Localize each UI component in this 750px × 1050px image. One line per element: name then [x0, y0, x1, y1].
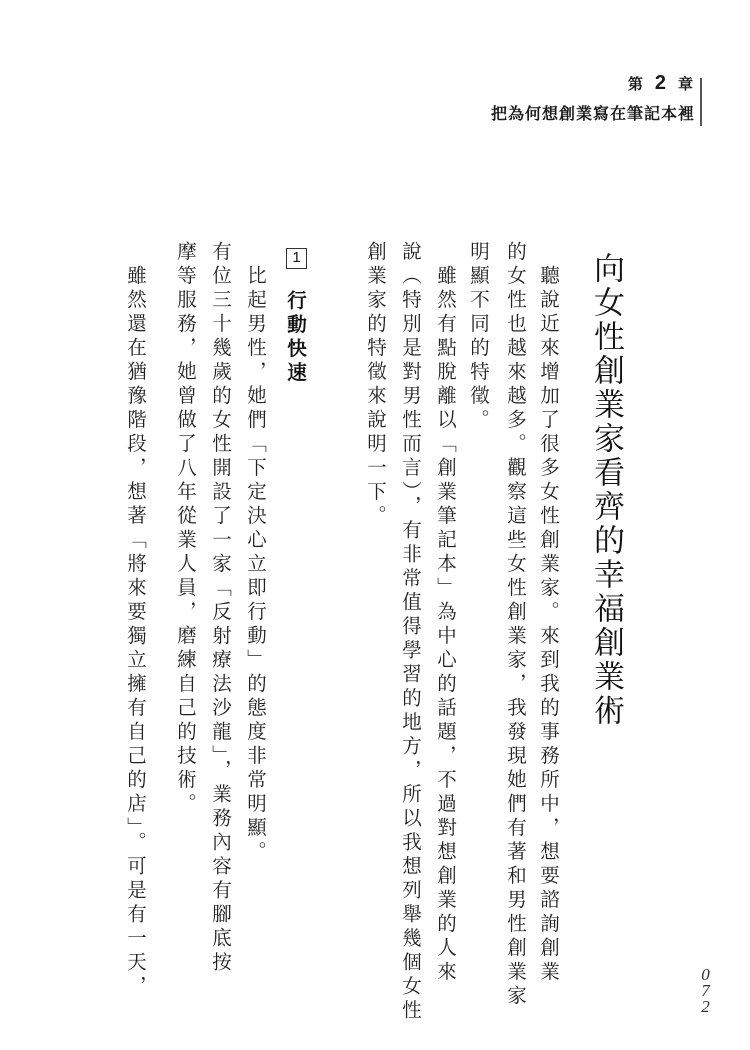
body-column: 雖然還在猶豫階段，想著「將來要獨立擁有自己的店」。可是有一天，: [123, 241, 147, 999]
page-number: 072: [697, 965, 714, 1013]
chapter-number: 2: [655, 72, 668, 94]
body-column: 雖然有點脫離以「創業筆記本」為中心的話題，不過對想創業的人來: [433, 241, 457, 985]
body-column: 摩等服務，她曾做了八年從業人員，磨練自己的技術。: [173, 241, 197, 817]
body-column: 聽說近來增加了很多女性創業家。來到我的事務所中，想要諮詢創業: [536, 241, 560, 985]
body-column: 的女性也越來越多。觀察這些女性創業家，我發現她們有著和男性創業家: [503, 241, 527, 1009]
subsection-number-box: 1: [286, 248, 307, 269]
body-column: 有位三十幾歲的女性開設了一家「反射療法沙龍」，業務內容有腳底按: [208, 241, 232, 975]
chapter-title: 把為何想創業寫在筆記本裡: [491, 101, 695, 124]
subsection-heading: 行動快速: [283, 290, 307, 386]
body-column: 明顯不同的特徵。: [466, 241, 490, 433]
body-column: 說（特別是對男性而言），有非常值得學習的地方，所以我想列舉幾個女性: [398, 241, 422, 1023]
chapter-prefix: 第: [628, 75, 645, 93]
chapter-label: 第2章: [491, 72, 695, 95]
header-rule: [700, 78, 702, 126]
body-column: 比起男性，她們「下定決心立即行動」的態度非常明顯。: [243, 241, 267, 865]
chapter-suffix: 章: [678, 75, 695, 93]
body-column: 創業家的特徵來說明一下。: [363, 241, 387, 529]
running-head: 第2章 把為何想創業寫在筆記本裡: [491, 72, 695, 124]
section-title: 向女性創業家看齊的幸福創業術: [594, 252, 618, 728]
